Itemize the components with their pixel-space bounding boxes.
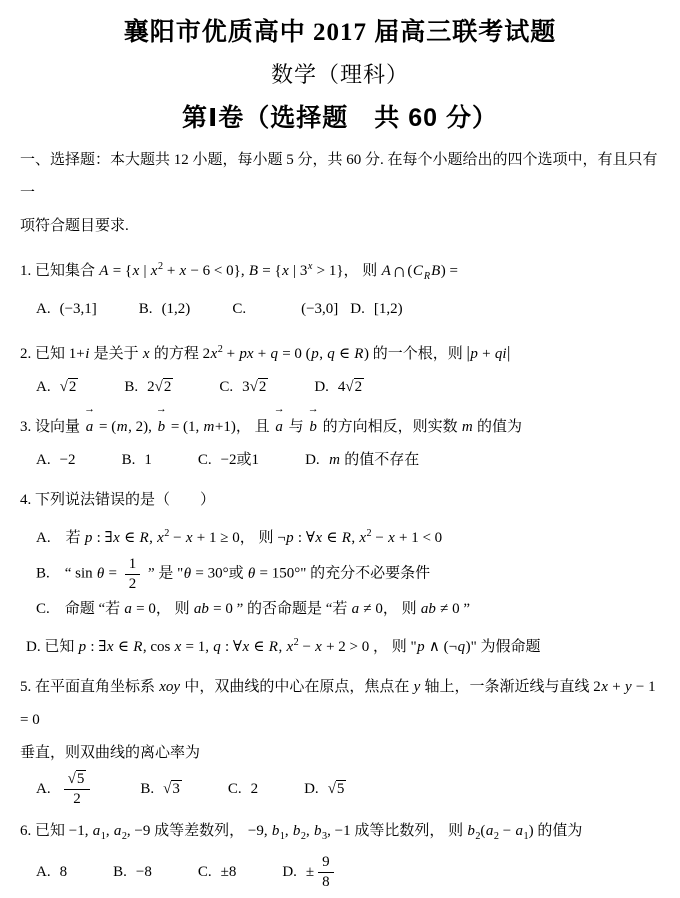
option-value: √5 [328,780,347,797]
option-value: 3√2 [242,378,268,395]
option-label: D. [350,301,365,317]
option-label: B. [124,379,138,395]
question-3-option-b: B.1 [122,444,152,477]
option-label: B. [122,452,136,468]
question-2-option-d: D.4√2 [314,371,364,404]
question-5-options: A.√52B.√3C.2D.√5 [20,770,660,808]
option-label: D. [282,864,297,880]
instructions-line-2: 项符合题目要求. [20,210,660,243]
option-label: B. [113,864,127,880]
question-5-stem-line-1: 5. 在平面直角坐标系 xoy 中，双曲线的中心在原点，焦点在 y 轴上，一条渐… [20,671,660,737]
question-1-option-a: A.(−3,1] [36,293,97,326]
option-value: m 的值不存在 [329,452,420,468]
option-value: (−3,0] [301,301,338,317]
option-label: A. [36,452,51,468]
option-label: C. [198,452,212,468]
option-value: √3 [163,780,182,797]
question-6: 6. 已知 −1, a1, a2, −9 成等差数列， −9, b1, b2, … [20,815,660,891]
question-5-option-d: D.√5 [304,773,346,806]
question-5-option-b: B.√3 [140,773,182,806]
option-label: A. [36,781,51,797]
question-1: 1. 已知集合 A = {x | x2 + x − 6 < 0}, B = {x… [20,250,660,326]
option-value: ±8 [221,864,237,880]
question-2-stem: 2. 已知 1+i 是关于 x 的方程 2x2 + px + q = 0 (p,… [20,333,660,371]
option-label: D. [305,452,320,468]
option-value: 2 [251,781,259,797]
question-4-option-a: A. 若 p : ∃x ∈ R, x2 − x + 1 ≥ 0， 则 ¬p : … [20,517,660,555]
question-3-option-d: D.m 的值不存在 [305,444,419,477]
question-3-options: A.−2B.1C.−2或1D.m 的值不存在 [20,444,660,477]
option-value: −2或1 [221,452,259,468]
option-label: C. [228,781,242,797]
option-label: B. [140,781,154,797]
question-2-options: A.√2B.2√2C.3√2D.4√2 [20,371,660,404]
option-value: −8 [136,864,152,880]
question-5-option-a: A.√52 [36,770,94,808]
question-1-option-c: C.(−3,0] [232,293,338,326]
question-2-option-a: A.√2 [36,371,78,404]
question-4-option-d: D. 已知 p : ∃x ∈ R, cos x = 1, q : ∀x ∈ R,… [20,626,660,664]
question-2-option-b: B.2√2 [124,371,173,404]
option-value: [1,2) [374,301,403,317]
option-label: A. [36,379,51,395]
question-3: 3. 设向量 a = (m, 2), b = (1, m+1)， 且 a 与 b… [20,411,660,477]
question-2: 2. 已知 1+i 是关于 x 的方程 2x2 + px + q = 0 (p,… [20,333,660,404]
question-6-options: A.8B.−8C.±8D.±98 [20,853,660,891]
question-6-option-a: A.8 [36,856,67,889]
option-value: −2 [60,452,76,468]
question-1-options: A.(−3,1]B.(1,2)C.(−3,0]D.[1,2) [20,293,660,326]
option-value: 8 [60,864,68,880]
option-label: A. [36,301,51,317]
option-value: 2√2 [147,378,173,395]
question-6-option-d: D.±98 [282,853,337,891]
option-value: (1,2) [162,301,191,317]
instructions-line-1: 一、选择题：本大题共 12 小题，每小题 5 分，共 60 分. 在每个小题给出… [20,144,660,210]
question-4: 4. 下列说法错误的是（ ） A. 若 p : ∃x ∈ R, x2 − x +… [20,484,660,664]
question-4-option-b: B. “ sin θ = 12 ” 是 "θ = 30°或 θ = 150°" … [20,555,660,593]
question-4-stem: 4. 下列说法错误的是（ ） [20,484,660,517]
question-5-stem-line-2: 垂直，则双曲线的离心率为 [20,737,660,770]
option-value: 4√2 [338,378,364,395]
option-label: A. [36,864,51,880]
question-3-option-c: C.−2或1 [198,444,259,477]
question-6-stem: 6. 已知 −1, a1, a2, −9 成等差数列， −9, b1, b2, … [20,815,660,853]
question-3-option-a: A.−2 [36,444,76,477]
question-6-option-c: C.±8 [198,856,237,889]
option-value: 1 [144,452,152,468]
instructions: 一、选择题：本大题共 12 小题，每小题 5 分，共 60 分. 在每个小题给出… [20,144,660,243]
question-6-option-b: B.−8 [113,856,152,889]
exam-title: 襄阳市优质高中 2017 届高三联考试题 [20,16,660,50]
question-2-option-c: C.3√2 [219,371,268,404]
option-label: C. [219,379,233,395]
question-1-option-b: B.(1,2) [139,293,191,326]
question-5: 5. 在平面直角坐标系 xoy 中，双曲线的中心在原点，焦点在 y 轴上，一条渐… [20,671,660,808]
option-value: ±98 [306,864,338,880]
option-label: D. [304,781,319,797]
section-heading: 第Ⅰ卷（选择题 共 60 分） [20,102,660,136]
option-value: √52 [60,781,95,797]
question-4-option-c: C. 命题 “若 a = 0， 则 ab = 0 ” 的否命题是 “若 a ≠ … [20,593,660,626]
exam-page: 襄阳市优质高中 2017 届高三联考试题 数学（理科） 第Ⅰ卷（选择题 共 60… [0,0,680,891]
question-5-option-c: C.2 [228,773,258,806]
question-3-stem: 3. 设向量 a = (m, 2), b = (1, m+1)， 且 a 与 b… [20,411,660,444]
option-value: √2 [60,378,79,395]
option-value: (−3,1] [60,301,97,317]
option-label: B. [139,301,153,317]
question-1-stem: 1. 已知集合 A = {x | x2 + x − 6 < 0}, B = {x… [20,250,660,293]
option-label: D. [314,379,329,395]
option-label: C. [198,864,212,880]
question-1-option-d: D.[1,2) [350,293,402,326]
option-label: C. [232,301,246,317]
exam-subject: 数学（理科） [20,61,660,90]
